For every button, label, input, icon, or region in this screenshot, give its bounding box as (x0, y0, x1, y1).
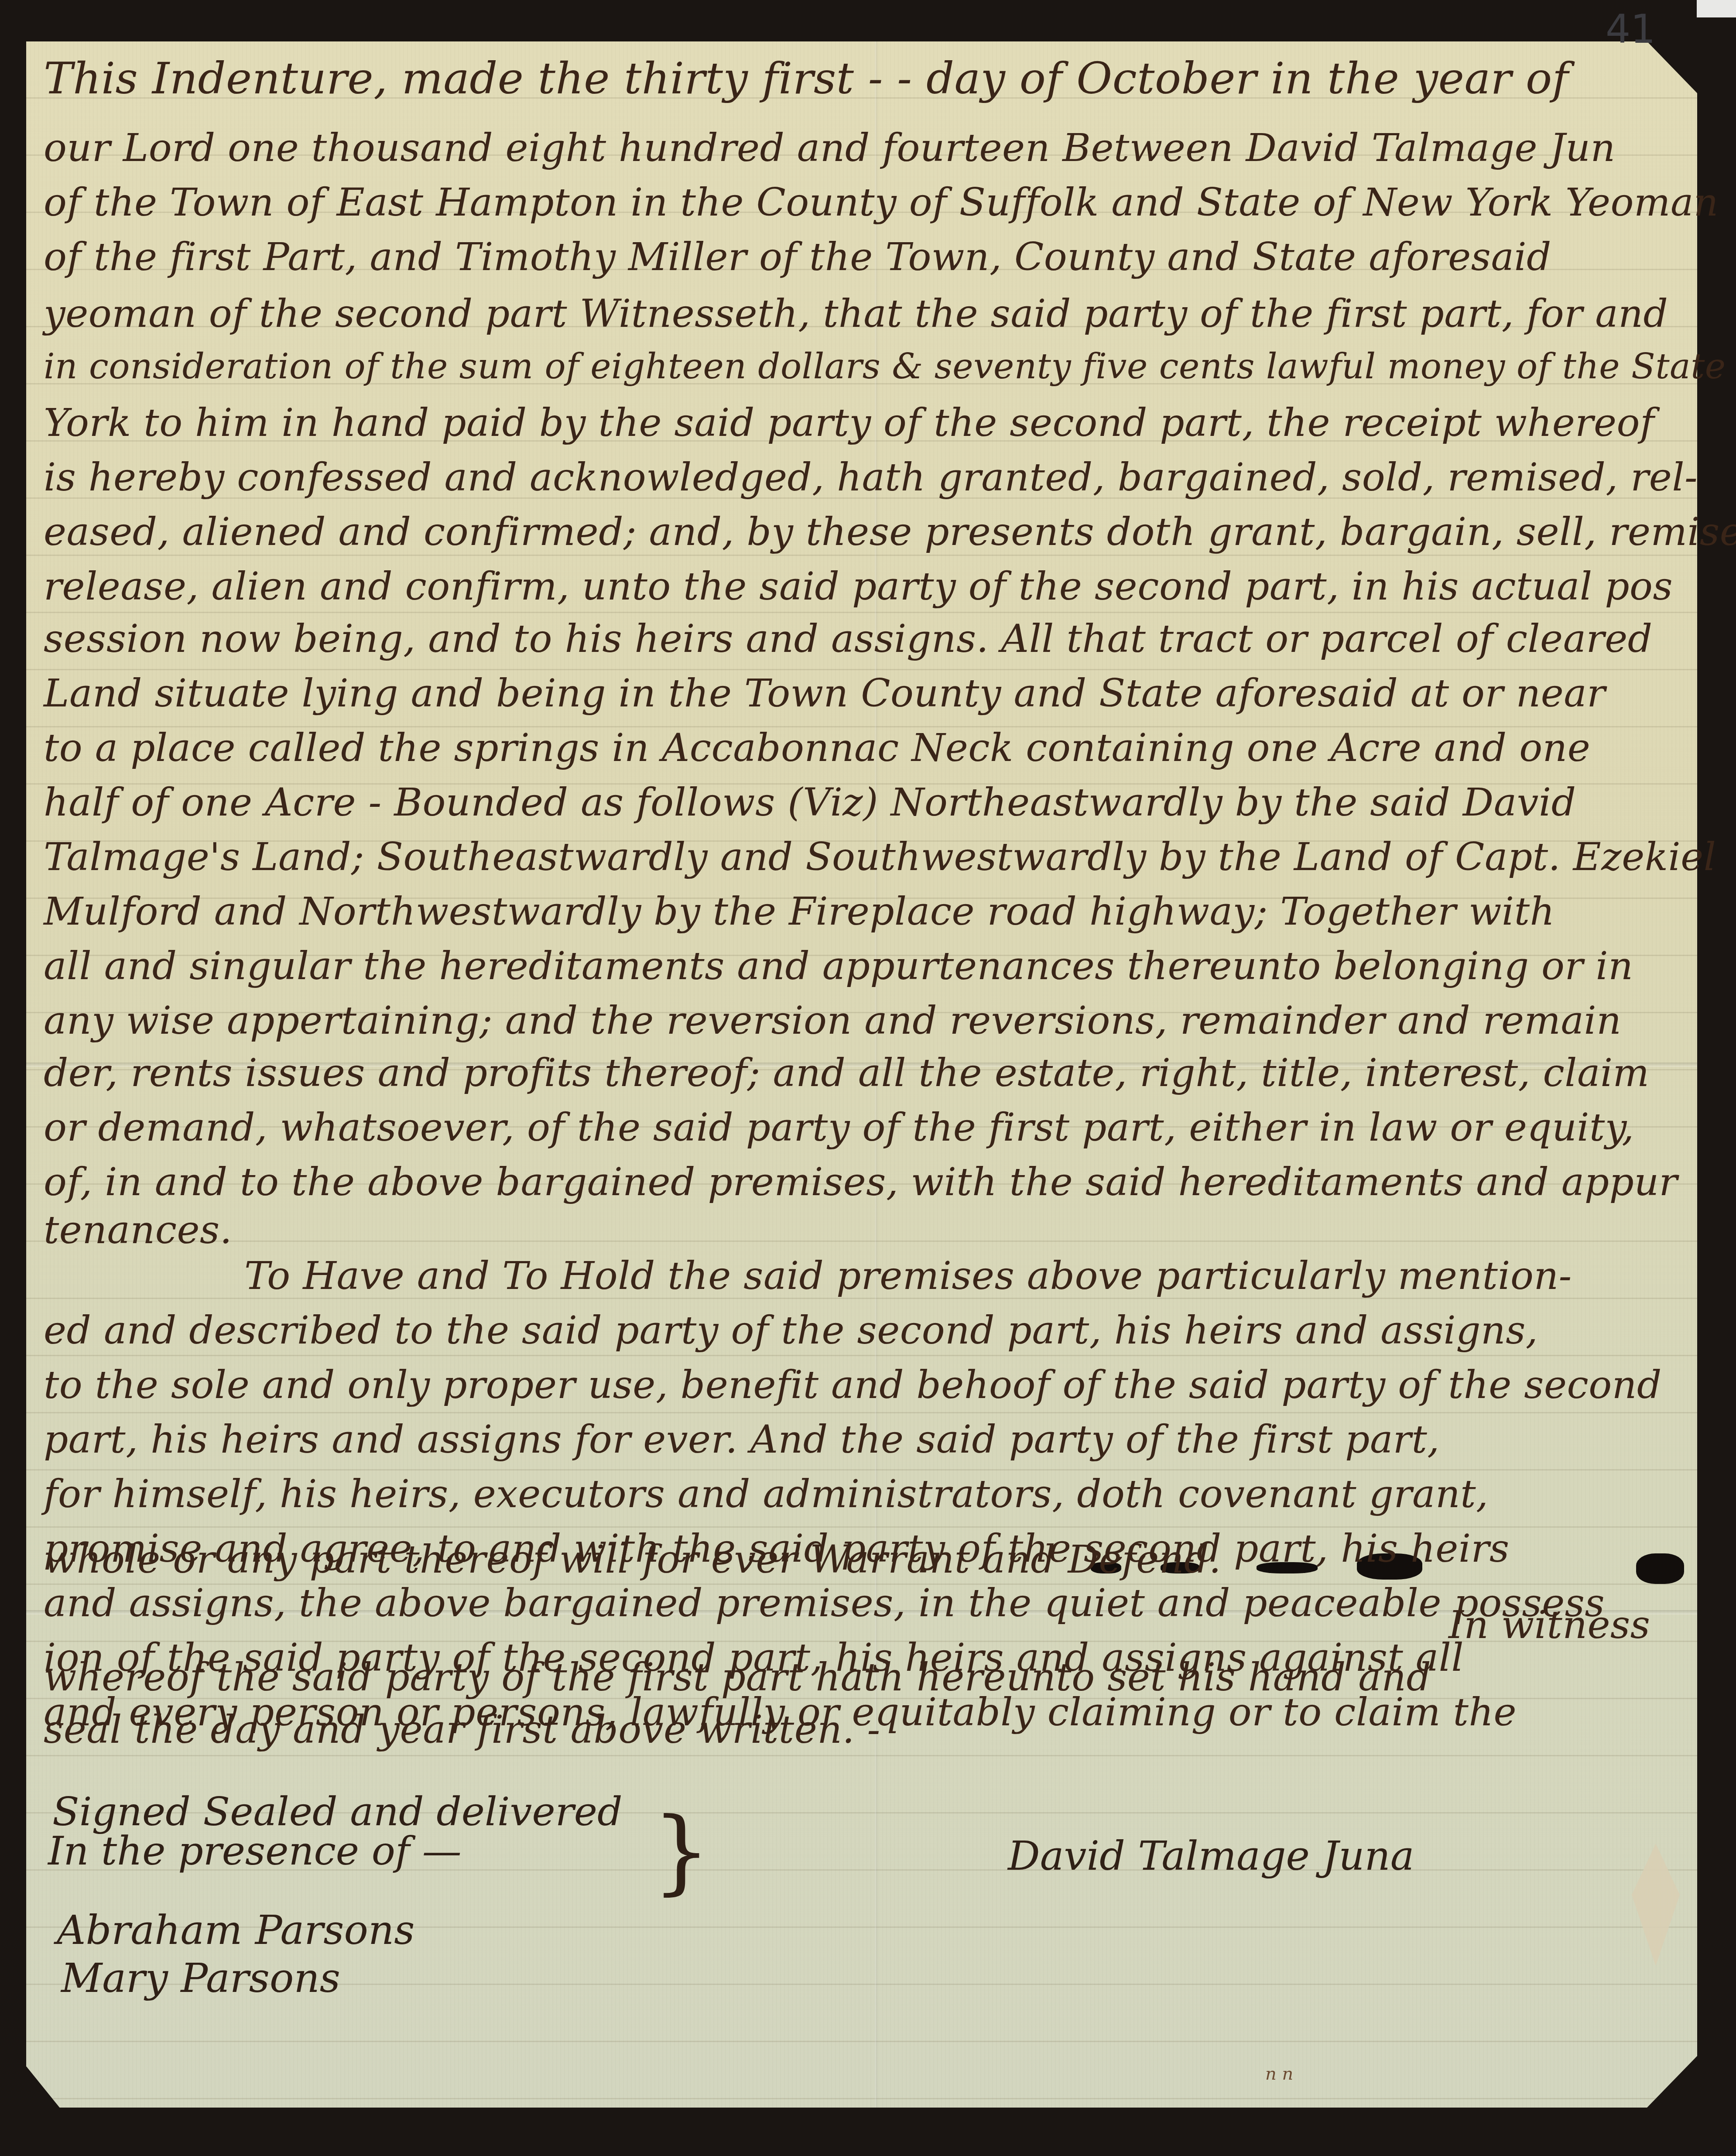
deed-line-12: Land situate lying and being in the Town… (44, 674, 1710, 713)
deed-line-17: all and singular the hereditaments and a… (44, 947, 1710, 985)
deed-line-18: any wise appertaining; and the reversion… (44, 1001, 1710, 1040)
testimonium-line-2: seal the day and year first above writte… (44, 1710, 1710, 1749)
deed-line-15: Talmage's Land; Southeastwardly and Sout… (44, 838, 1710, 876)
habendum-line-2: ed and described to the said party of th… (44, 1311, 1710, 1350)
habendum-line-5: for himself, his heirs, executors and ad… (44, 1475, 1710, 1513)
attestation-brace: } (652, 1798, 711, 1905)
deed-line-19: der, rents issues and profits thereof; a… (44, 1054, 1710, 1092)
deed-line-21: of, in and to the above bargained premis… (44, 1163, 1710, 1201)
habendum-line-1: To Have and To Hold the said premises ab… (244, 1257, 1710, 1295)
deed-line-14: half of one Acre - Bounded as follows (V… (44, 783, 1710, 822)
deed-line-3: of the Town of East Hampton in the Count… (44, 183, 1710, 222)
testimonium-line-1: whereof the said party of the first part… (44, 1658, 1710, 1697)
paper-repair-patch (1632, 1844, 1680, 1966)
habendum-line-4: part, his heirs and assigns for ever. An… (44, 1420, 1710, 1459)
deed-line-7: York to him in hand paid by the said par… (44, 404, 1710, 442)
deed-line-9: eased, aliened and confirmed; and, by th… (44, 513, 1710, 551)
deed-line-2: our Lord one thousand eight hundred and … (44, 129, 1710, 167)
grantor-signature: David Talmage Juna (1008, 1833, 1414, 1879)
deed-line-4: of the first Part, and Timothy Miller of… (44, 238, 1710, 276)
deed-line-10: release, alien and confirm, unto the sai… (44, 567, 1710, 606)
deed-line-11: session now being, and to his heirs and … (44, 620, 1710, 658)
margin-marks: n n (1265, 2064, 1293, 2084)
deed-line-22: tenances. (44, 1211, 1710, 1249)
deed-line-5: yeoman of the second part Witnesseth, th… (44, 295, 1710, 333)
in-witness-line: In witness (1448, 1606, 1710, 1644)
page-number: 41 (1606, 7, 1656, 52)
witness-signature-2: Mary Parsons (61, 1955, 340, 2002)
deed-line-8: is hereby confessed and acknowledged, ha… (44, 458, 1710, 497)
scan-corner-background (1697, 0, 1736, 17)
warranty-line: whole or any part thereof will for ever … (44, 1540, 1710, 1579)
deed-line-6: in consideration of the sum of eighteen … (44, 349, 1710, 384)
deed-line-13: to a place called the springs in Accabon… (44, 729, 1710, 767)
attestation-line-2: In the presence of — (48, 1828, 462, 1874)
deed-line-1: This Indenture, made the thirty first - … (44, 57, 1710, 100)
witness-signature-1: Abraham Parsons (57, 1907, 414, 1954)
deed-line-20: or demand, whatsoever, of the said party… (44, 1108, 1710, 1147)
habendum-line-3: to the sole and only proper use, benefit… (44, 1366, 1710, 1404)
deed-line-16: Mulford and Northwestwardly by the Firep… (44, 892, 1710, 931)
